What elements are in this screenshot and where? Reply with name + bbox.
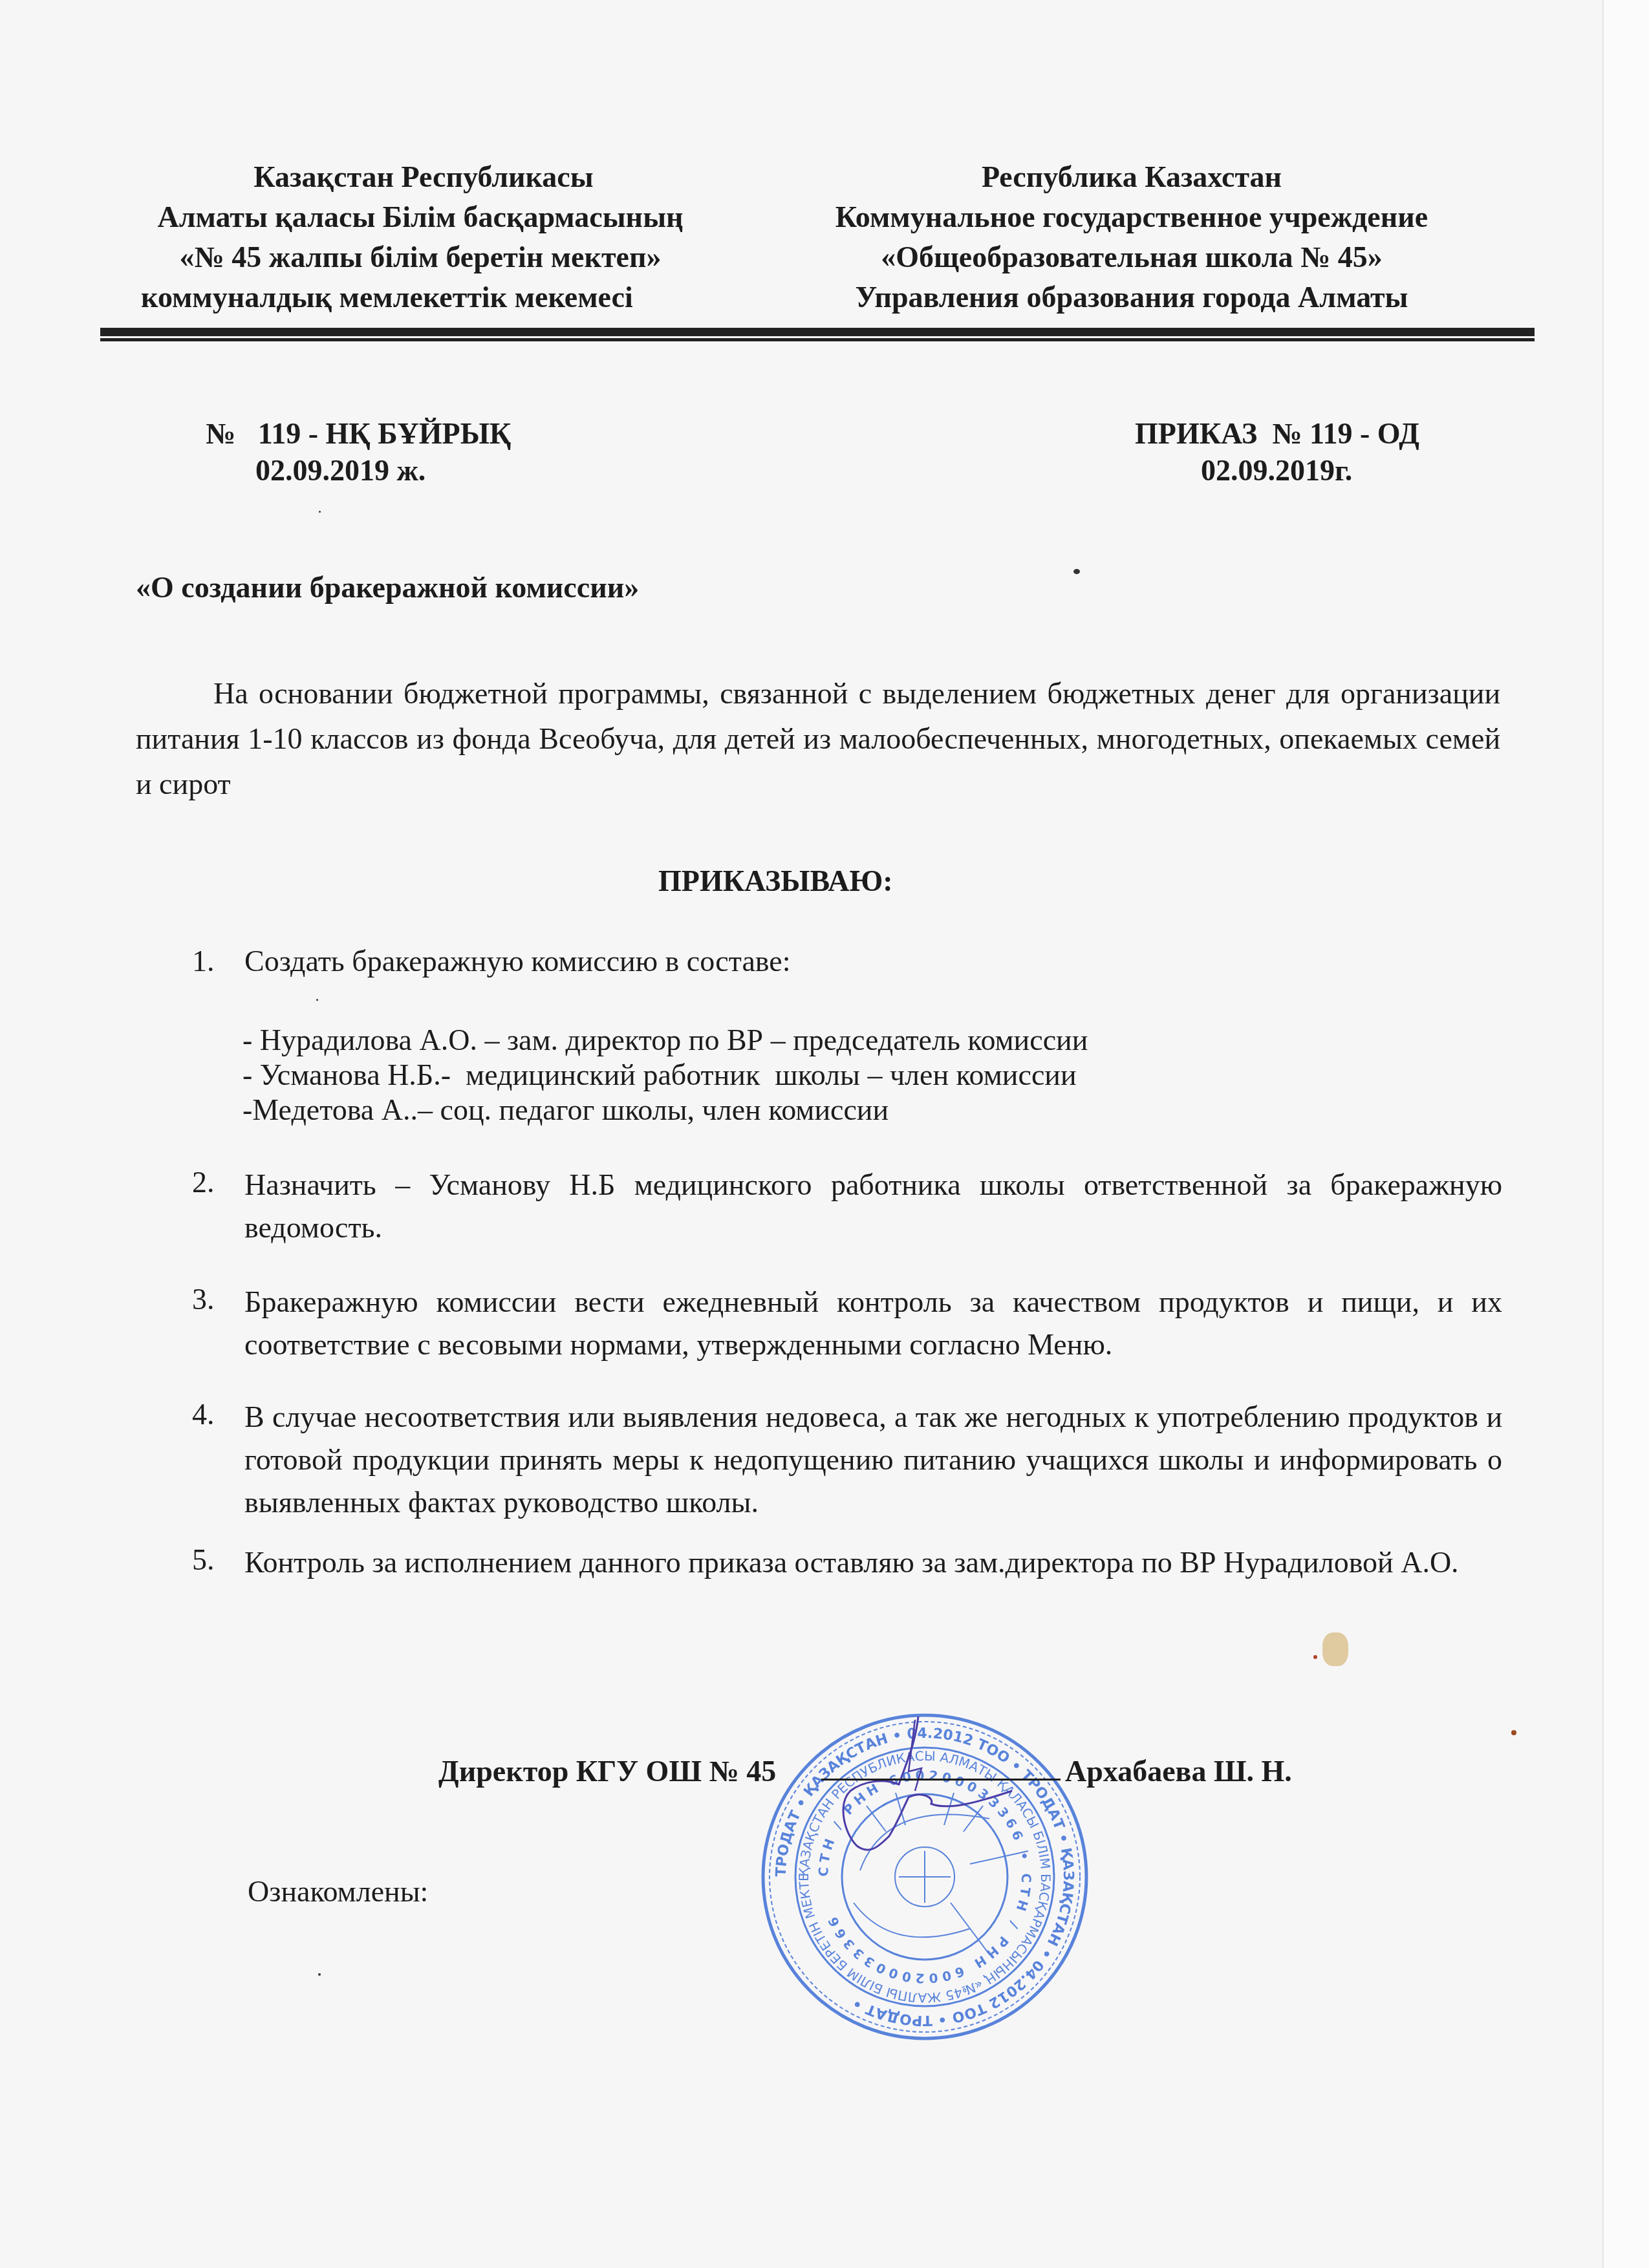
scan-speck (318, 1973, 321, 1976)
scan-speck (1511, 1730, 1516, 1735)
order-date-ru: 02.09.2019г. (1201, 453, 1352, 489)
member-3: -Медетова А..– соц. педагог школы, член … (242, 1091, 889, 1129)
item-4-text: В случае несоответствия или выявления не… (244, 1396, 1502, 1524)
order-date-kz: 02.09.2019 ж. (255, 453, 426, 489)
scan-speck (1073, 569, 1080, 574)
scan-speck (1313, 1655, 1317, 1659)
signatory-title: Директор КГУ ОШ № 45 (438, 1753, 776, 1790)
member-1: - Нурадилова А.О. – зам. директор по ВР … (242, 1022, 1088, 1059)
item-1-number: 1. (192, 943, 215, 980)
item-5-number: 5. (192, 1541, 215, 1579)
signature-line (821, 1779, 1061, 1781)
header-kz-line3: «№ 45 жалпы білім беретін мектеп» (129, 239, 711, 275)
header-ru-line2: Коммунальное государственное учреждение (773, 199, 1491, 235)
header-kz-line1: Казақстан Республикасы (129, 159, 711, 195)
header-ru-line1: Республика Казахстан (773, 159, 1491, 195)
item-4-number: 4. (192, 1396, 215, 1433)
item-3-number: 3. (192, 1281, 215, 1318)
item-1-text: Создать бракеражную комиссию в составе: (244, 943, 790, 980)
item-2-number: 2. (192, 1164, 215, 1201)
scan-margin (1604, 0, 1649, 2268)
header-kz-line4: коммуналдық мемлекеттік мекемесі (129, 279, 711, 316)
header-kz: Казақстан Республикасы Алматы қаласы Біл… (129, 159, 711, 316)
preamble: На основании бюджетной программы, связан… (136, 671, 1500, 807)
header-ru-line4: Управления образования города Алматы (773, 279, 1491, 316)
item-2-text: Назначить – Усманову Н.Б медицинского ра… (244, 1164, 1502, 1249)
header-ru-line3: «Общеобразовательная школа № 45» (773, 239, 1491, 275)
order-subject: «О создании бракеражной комиссии» (136, 570, 639, 606)
order-word: ПРИКАЗЫВАЮ: (658, 863, 893, 899)
scan-speck (316, 999, 318, 1001)
member-2: - Усманова Н.Б.- медицинский работник шк… (242, 1056, 1077, 1094)
handwritten-signature (818, 1707, 1051, 1875)
header-kz-line2: Алматы қаласы Білім басқармасының (129, 199, 711, 235)
item-3-text: Бракеражную комиссии вести ежедневный ко… (244, 1281, 1502, 1366)
item-5-text: Контроль за исполнением данного приказа … (244, 1541, 1502, 1584)
acknowledged-label: Ознакомлены: (248, 1873, 428, 1910)
scan-speck (1322, 1632, 1348, 1666)
order-number-ru: ПРИКАЗ № 119 - ОД (1135, 416, 1419, 452)
header-rule-thin (100, 338, 1535, 341)
order-number-kz: № 119 - НҚ БҰЙРЫҚ (206, 416, 511, 452)
header-ru: Республика Казахстан Коммунальное госуда… (773, 159, 1491, 316)
header-rule-thick (100, 328, 1535, 336)
scan-edge (1602, 0, 1604, 2268)
signatory-name: Архабаева Ш. Н. (1065, 1753, 1292, 1790)
scan-speck (319, 511, 321, 513)
